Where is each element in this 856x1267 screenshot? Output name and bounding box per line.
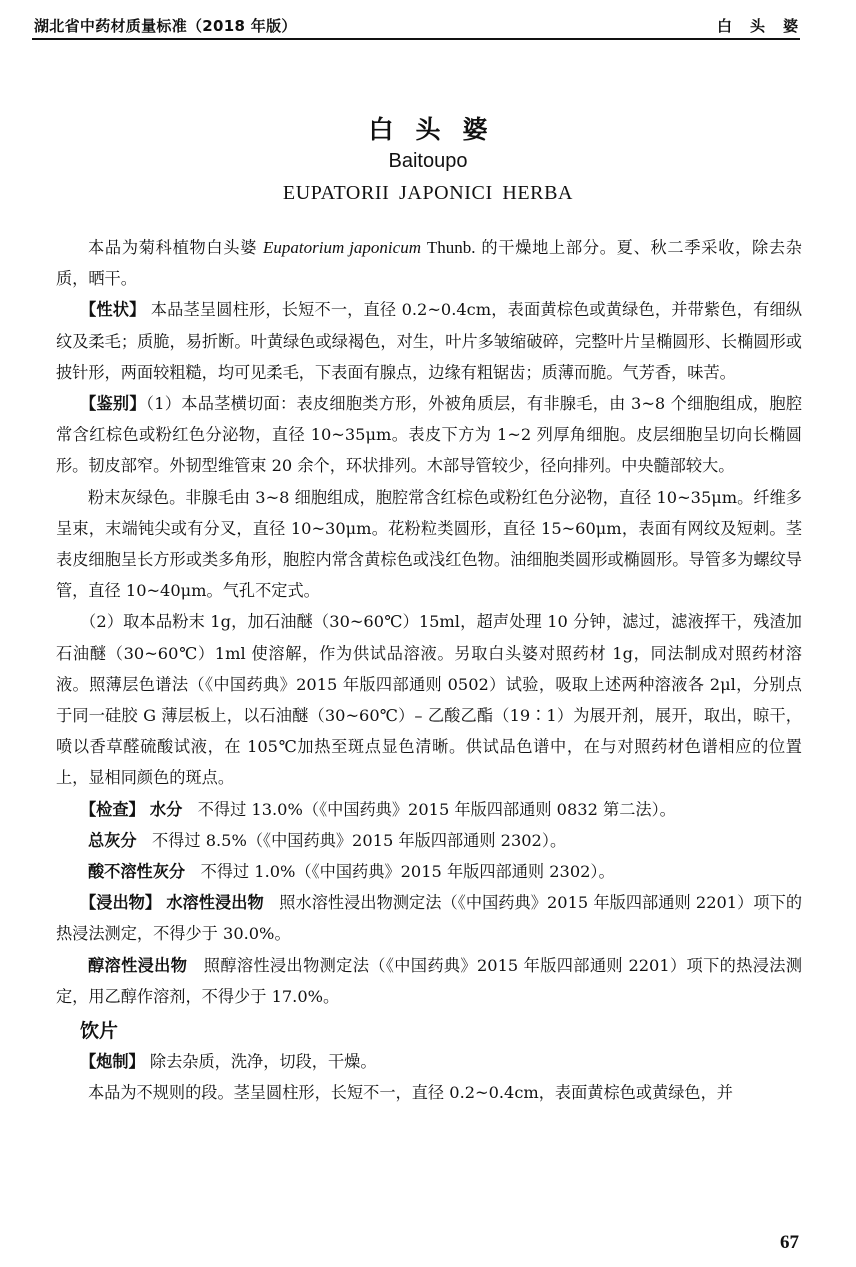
identification-paragraph-2: （2）取本品粉末 1g，加石油醚（30~60℃）15ml，超声处理 10 分钟，… xyxy=(56,606,802,793)
monograph-title-chinese: 白头婆 xyxy=(11,110,856,146)
book-title: 湖北省中药材质量标准（2018 年版） xyxy=(34,15,297,36)
inspection-item-name: 酸不溶性灰分 xyxy=(88,862,185,881)
species-author: Thunb. xyxy=(427,238,476,257)
processing-paragraph: 【炮制】 除去杂质，洗净，切段，干燥。 xyxy=(56,1046,802,1077)
species-name: Eupatorium japonicum xyxy=(263,238,421,257)
identification-powder-paragraph: 粉末灰绿色。非腺毛由 3~8 细胞组成，胞腔常含红棕色或粉红色分泌物，直径 10… xyxy=(56,482,802,607)
intro-pre: 本品为菊科植物白头婆 xyxy=(88,238,257,257)
extract-water-soluble: 【浸出物】 水溶性浸出物 照水溶性浸出物测定法（《中国药典》2015 年版四部通… xyxy=(56,887,802,949)
extract-item-name: 水溶性浸出物 xyxy=(166,893,263,912)
decoction-pieces-description-text: 本品为不规则的段。茎呈圆柱形，长短不一，直径 0.2~0.4cm，表面黄棕色或黄… xyxy=(88,1083,733,1102)
monograph-body: 本品为菊科植物白头婆 Eupatorium japonicum Thunb. 的… xyxy=(56,232,802,1108)
inspection-moisture: 【检查】 水分 不得过 13.0%（《中国药典》2015 年版四部通则 0832… xyxy=(56,794,802,825)
extract-label: 【浸出物】 xyxy=(80,893,161,912)
identification-label: 【鉴别】 xyxy=(80,394,146,413)
intro-paragraph: 本品为菊科植物白头婆 Eupatorium japonicum Thunb. 的… xyxy=(56,232,802,294)
extract-item-name: 醇溶性浸出物 xyxy=(88,956,187,975)
decoction-pieces-heading: 饮片 xyxy=(56,1016,802,1046)
identification-powder: 粉末灰绿色。非腺毛由 3~8 细胞组成，胞腔常含红棕色或粉红色分泌物，直径 10… xyxy=(56,488,802,601)
inspection-total-ash: 总灰分 不得过 8.5%（《中国药典》2015 年版四部通则 2302）。 xyxy=(56,825,802,856)
processing-label: 【炮制】 xyxy=(80,1052,145,1071)
entry-name-header: 白头婆 xyxy=(717,15,816,36)
inspection-acid-insoluble-ash: 酸不溶性灰分 不得过 1.0%（《中国药典》2015 年版四部通则 2302）。 xyxy=(56,856,802,887)
running-header: 湖北省中药材质量标准（2018 年版） 白头婆 xyxy=(32,12,800,40)
inspection-item-text: 不得过 1.0%（《中国药典》2015 年版四部通则 2302）。 xyxy=(201,862,615,881)
characteristics-label: 【性状】 xyxy=(80,300,145,319)
page-number: 67 xyxy=(780,1232,799,1254)
identification-item-2: （2）取本品粉末 1g，加石油醚（30~60℃）15ml，超声处理 10 分钟，… xyxy=(56,612,802,787)
characteristics-text: 本品茎呈圆柱形，长短不一，直径 0.2~0.4cm，表面黄棕色或黄绿色，并带紫色… xyxy=(56,300,802,381)
inspection-label: 【检查】 xyxy=(80,800,145,819)
inspection-item-text: 不得过 13.0%（《中国药典》2015 年版四部通则 0832 第二法）。 xyxy=(198,800,676,819)
characteristics-paragraph: 【性状】 本品茎呈圆柱形，长短不一，直径 0.2~0.4cm，表面黄棕色或黄绿色… xyxy=(56,294,802,388)
decoction-pieces-description: 本品为不规则的段。茎呈圆柱形，长短不一，直径 0.2~0.4cm，表面黄棕色或黄… xyxy=(56,1077,802,1108)
inspection-item-text: 不得过 8.5%（《中国药典》2015 年版四部通则 2302）。 xyxy=(152,831,566,850)
processing-text: 除去杂质，洗净，切段，干燥。 xyxy=(150,1052,377,1071)
inspection-item-name: 总灰分 xyxy=(88,831,137,850)
identification-paragraph-1: 【鉴别】（1）本品茎横切面：表皮细胞类方形，外被角质层，有非腺毛，由 3~8 个… xyxy=(56,388,802,482)
monograph-title-pinyin: Baitoupo xyxy=(0,150,856,173)
monograph-title-latin: EUPATORII JAPONICI HERBA xyxy=(0,182,856,205)
extract-alcohol-soluble: 醇溶性浸出物 照醇溶性浸出物测定法（《中国药典》2015 年版四部通则 2201… xyxy=(56,950,802,1012)
identification-item-1: （1）本品茎横切面：表皮细胞类方形，外被角质层，有非腺毛，由 3~8 个细胞组成… xyxy=(56,394,802,475)
inspection-item-name: 水分 xyxy=(150,800,182,819)
